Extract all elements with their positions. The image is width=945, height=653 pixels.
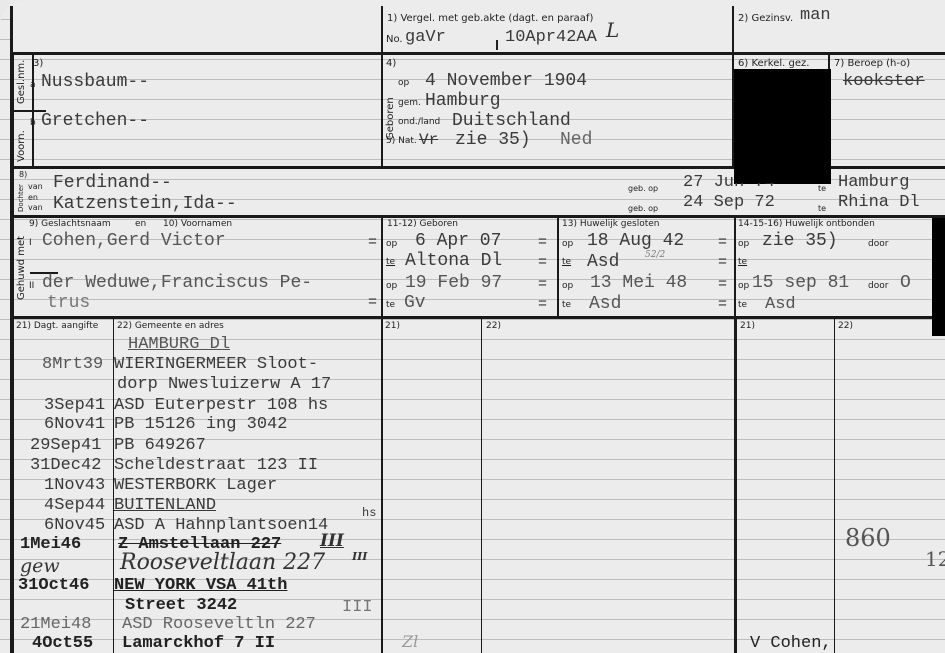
spouse-1-married-at: Asd xyxy=(587,252,619,272)
col-22b-label: 22) xyxy=(486,321,501,331)
col-en-label: en xyxy=(135,219,146,229)
te-label: te xyxy=(562,300,571,310)
surname-value: Nussbaum-- xyxy=(41,72,149,92)
address-line: NEW YORK VSA 41th xyxy=(114,576,287,595)
father-birth-place: Hamburg xyxy=(838,173,909,192)
address-date: 3Sep41 xyxy=(44,396,105,415)
field-1-date: 10Apr42AA xyxy=(505,28,597,47)
spouse-2-married-on: 13 Mei 48 xyxy=(590,273,687,293)
field-3-label: 3) xyxy=(33,58,43,69)
nationality-struck: Vr xyxy=(419,131,438,149)
address-date: 1Nov43 xyxy=(44,476,105,495)
address-date: 1Mei46 xyxy=(20,535,81,554)
te-label: te xyxy=(818,204,826,213)
married-side-label: Gehuwd met xyxy=(16,236,27,300)
row-divider xyxy=(10,52,945,55)
address-suffix: III xyxy=(352,550,367,563)
surname-side-label: Gesl.nm. xyxy=(16,60,27,104)
col-9-label: 9) Geslachtsnaam xyxy=(29,219,111,229)
field-8-label: 8) xyxy=(19,170,27,179)
te-label: te xyxy=(738,300,747,310)
col-13-label: 13) Huwelijk gesloten xyxy=(562,219,659,229)
handwritten-number: 860 xyxy=(845,524,891,552)
address-date: 31Dec42 xyxy=(30,456,101,475)
col-14-label: 14-15-16) Huwelijk ontbonden xyxy=(738,219,875,229)
equals-mark: = xyxy=(718,276,727,293)
door-label: door xyxy=(868,239,888,249)
land-label: ond./land xyxy=(398,117,440,127)
nationality-ref: zie 35) xyxy=(455,130,531,150)
address-line: WESTERBORK Lager xyxy=(114,476,277,495)
te-label: te xyxy=(818,184,826,193)
col-22-label: 22) Gemeente en adres xyxy=(117,321,224,331)
spouse-1-born-at: Altona Dl xyxy=(405,251,502,271)
tick-mark xyxy=(496,40,498,50)
address-line: Street 3242 xyxy=(125,596,237,615)
col-21c-label: 21) xyxy=(740,321,755,331)
spouse-1-married-on: 18 Aug 42 xyxy=(587,231,684,251)
te-label: te xyxy=(386,257,395,267)
field-4-label: 4) xyxy=(386,58,396,69)
marker-a: a xyxy=(30,80,36,90)
row-divider xyxy=(10,215,945,218)
mother-birth-place: Rhina Dl xyxy=(838,193,920,212)
divider xyxy=(557,216,559,318)
address-line: ASD Euterpestr 108 hs xyxy=(114,396,328,415)
birth-date: 4 November 1904 xyxy=(425,71,587,91)
address-line: ASD A Hahnplantsoen14 xyxy=(114,516,328,535)
spouse-marker: II xyxy=(29,281,34,291)
address-line: dorp Nwesluizerw A 17 xyxy=(117,375,331,394)
equals-mark: = xyxy=(718,296,727,313)
spouse-2-born-on: 19 Feb 97 xyxy=(405,273,502,293)
col-22c-label: 22) xyxy=(838,321,853,331)
col-10-label: 10) Voornamen xyxy=(163,219,232,229)
address-suffix: III xyxy=(320,531,344,551)
field-1-paraph: L xyxy=(606,18,619,42)
equals-mark: = xyxy=(718,234,727,251)
address-date: 21Mei48 xyxy=(20,615,91,634)
redaction-box xyxy=(734,166,831,183)
field-2-label: 2) Gezinsv. xyxy=(738,13,793,24)
op-label: op xyxy=(738,239,749,249)
divider xyxy=(834,318,835,653)
van-label: van xyxy=(28,182,43,191)
divider xyxy=(381,6,383,166)
address-date: 6Nov41 xyxy=(44,415,105,434)
spouse-2-name: der Weduwe,Franciscus Pe- xyxy=(42,273,312,293)
field-1-label: 1) Vergel. met geb.akte (dagt. en paraaf… xyxy=(387,13,593,24)
te-label: te xyxy=(386,300,395,310)
op-label: op xyxy=(738,281,749,291)
birth-municipality: Hamburg xyxy=(425,91,501,111)
address-line: PB 649267 xyxy=(114,436,206,455)
van-label: van xyxy=(28,203,43,212)
op-label: op xyxy=(386,281,397,291)
spouse-marker: I xyxy=(29,238,32,248)
register-card: 1) Vergel. met geb.akte (dagt. en paraaf… xyxy=(0,0,945,653)
divider xyxy=(734,216,736,318)
field-1-no-label: No. xyxy=(386,34,403,45)
equals-mark: = xyxy=(538,296,547,313)
occupation-value: kookster xyxy=(843,72,925,91)
field-2-value: man xyxy=(800,6,831,25)
spouse-2-married-at: Asd xyxy=(589,294,621,314)
firstnames-side-label: Voorn. xyxy=(16,130,27,162)
row-divider xyxy=(10,316,932,319)
equals-mark: = xyxy=(538,276,547,293)
divider xyxy=(734,318,737,653)
geb-op-label: geb. op xyxy=(628,184,658,193)
spouse-2-born-at: Gv xyxy=(404,293,426,313)
field-1-no-value: gaVr xyxy=(405,28,446,47)
op-label: op xyxy=(386,239,397,249)
mother-birth-date: 24 Sep 72 xyxy=(683,193,775,212)
address-date: 8Mrt39 xyxy=(42,355,103,374)
address-date-handwritten: gew xyxy=(20,555,60,577)
geb-op-label: geb. op xyxy=(628,204,658,213)
daughter-side-label: Dochter xyxy=(17,184,25,212)
address-superscript: hs xyxy=(362,506,376,520)
door-label: door xyxy=(868,281,888,291)
spouse-2-dissolved-at: Asd xyxy=(765,295,796,314)
address-date: 6Nov45 xyxy=(44,516,105,535)
address-line: Scheldestraat 123 II xyxy=(114,456,318,475)
field-6-label: 6) Kerkel. gez. xyxy=(738,58,809,69)
address-line: HAMBURG Dl xyxy=(128,335,230,354)
address-line: WIERINGERMEER Sloot- xyxy=(114,355,318,374)
marriage-note: 52/2 xyxy=(645,250,665,260)
address-date: 4Oct55 xyxy=(32,634,93,653)
te-label: te xyxy=(738,257,747,267)
field-5-label: 5) Nat. xyxy=(386,136,417,146)
op-label: op xyxy=(562,239,573,249)
address-date: 29Sep41 xyxy=(30,436,101,455)
col-11-label: 11-12) Geboren xyxy=(387,219,458,229)
op-label: op xyxy=(398,78,409,88)
spouse-2-name-cont: trus xyxy=(47,293,90,313)
address-date: 31Oct46 xyxy=(18,576,89,595)
field-7-label: 7) Beroep (h-o) xyxy=(834,58,910,69)
gem-label: gem. xyxy=(398,98,421,108)
equals-mark: = xyxy=(538,254,547,271)
te-label: te xyxy=(562,257,571,267)
equals-mark: = xyxy=(718,254,727,271)
spouse-2-dissolved-by: O xyxy=(900,273,911,293)
nationality-value: Ned xyxy=(560,130,592,150)
spouse-1-dissolved-on: zie 35) xyxy=(762,231,838,251)
col-21b-label: 21) xyxy=(385,321,400,331)
equals-mark: = xyxy=(368,234,377,251)
address-suffix: III xyxy=(342,598,373,617)
address-line: BUITENLAND xyxy=(114,496,216,515)
equals-mark: = xyxy=(368,294,377,311)
divider xyxy=(381,216,383,318)
birth-country: Duitschland xyxy=(452,111,571,131)
address-line: ASD Rooseveltln 227 xyxy=(122,615,316,634)
address-line-handwritten: Rooseveltlaan 227 xyxy=(120,550,325,575)
spouse-1-born-on: 6 Apr 07 xyxy=(415,231,501,251)
father-name: Ferdinand-- xyxy=(53,173,172,193)
en-label: en xyxy=(28,193,38,202)
handwritten-note: Zl xyxy=(402,632,418,651)
firstnames-value: Gretchen-- xyxy=(41,111,149,131)
address-line: PB 15126 ing 3042 xyxy=(114,415,287,434)
continuation-entry: V Cohen, xyxy=(750,634,832,653)
divider xyxy=(481,318,482,653)
divider xyxy=(381,318,383,653)
card-left-border xyxy=(10,6,14,653)
redaction-box xyxy=(932,218,945,336)
handwritten-number: 12 xyxy=(925,547,945,571)
birth-side-label: Geboren xyxy=(385,97,396,140)
marker-b: b xyxy=(30,118,36,128)
equals-mark: = xyxy=(538,234,547,251)
address-line: Lamarckhof 7 II xyxy=(122,634,275,653)
op-label: op xyxy=(562,281,573,291)
spouse-1-name: Cohen,Gerd Victor xyxy=(42,231,226,251)
mother-name: Katzenstein,Ida-- xyxy=(53,194,237,214)
col-21-label: 21) Dagt. aangifte xyxy=(16,321,98,331)
spouse-2-dissolved-on: 15 sep 81 xyxy=(752,273,849,293)
address-date: 4Sep44 xyxy=(44,496,105,515)
